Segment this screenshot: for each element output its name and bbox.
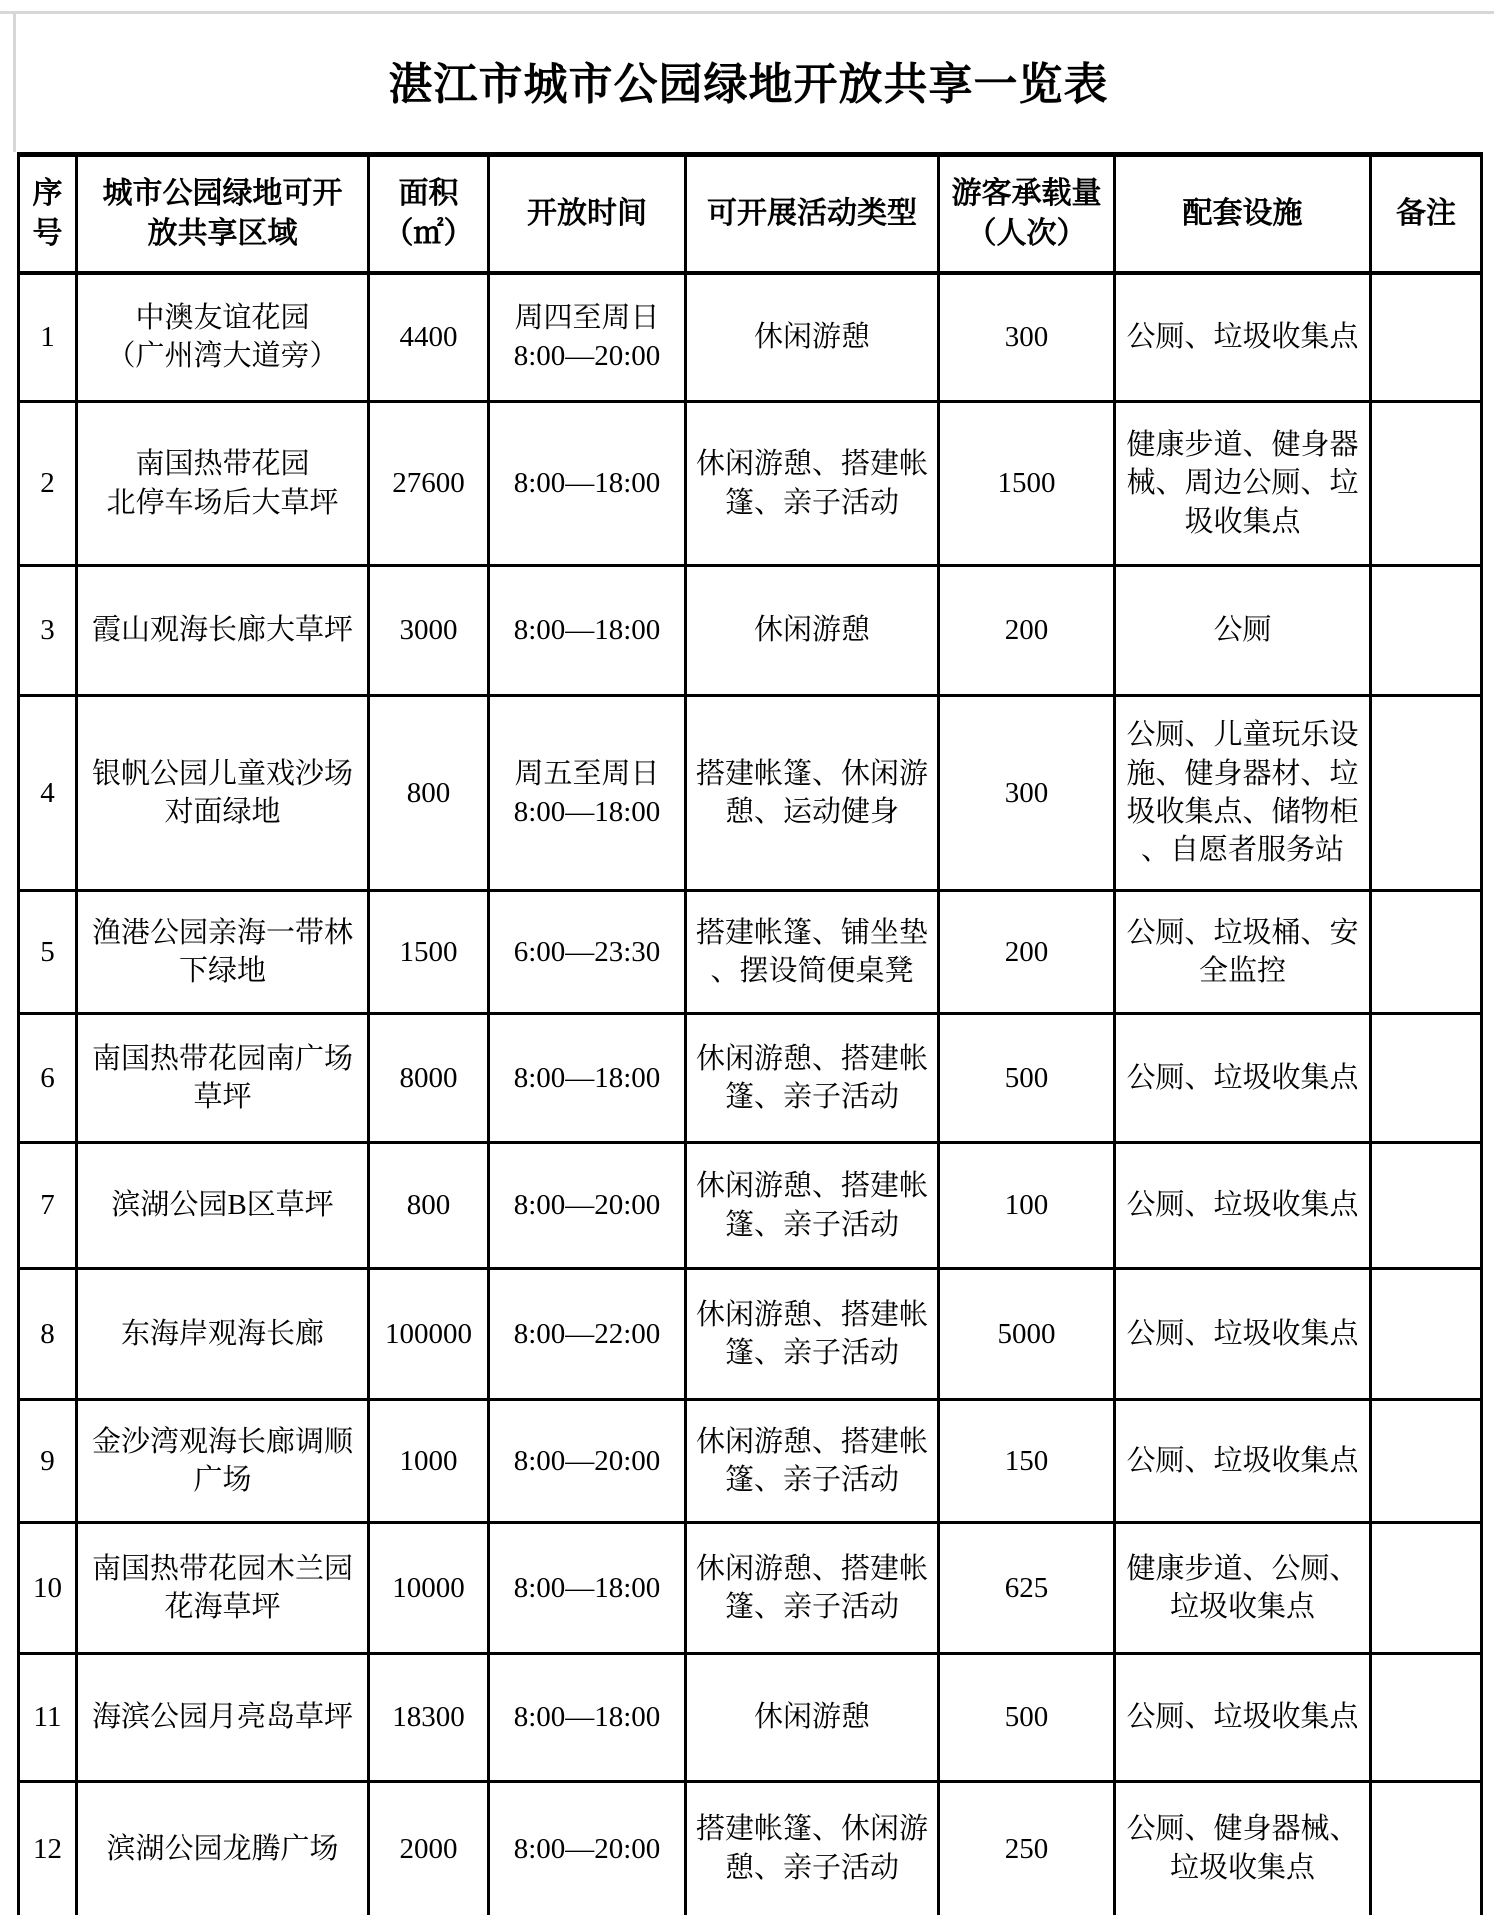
cell-area-name: 滨湖公园龙腾广场 — [77, 1782, 369, 1915]
cell-no: 9 — [19, 1400, 77, 1523]
cell-hours: 8:00—20:00 — [489, 1400, 686, 1523]
table-row: 11海滨公园月亮岛草坪183008:00—18:00休闲游憩500公厕、垃圾收集… — [19, 1654, 1482, 1782]
cell-capacity: 300 — [939, 696, 1115, 891]
cell-hours: 8:00—20:00 — [489, 1143, 686, 1269]
cell-activities: 休闲游憩、搭建帐 篷、亲子活动 — [686, 1143, 939, 1269]
cell-activities: 搭建帐篷、铺坐垫 、摆设简便桌凳 — [686, 891, 939, 1014]
cell-facilities: 公厕、垃圾收集点 — [1115, 1269, 1371, 1400]
cell-capacity: 250 — [939, 1782, 1115, 1915]
cell-note — [1371, 891, 1482, 1014]
table-row: 9金沙湾观海长廊调顺 广场10008:00—20:00休闲游憩、搭建帐 篷、亲子… — [19, 1400, 1482, 1523]
cell-capacity: 300 — [939, 273, 1115, 402]
cell-hours: 8:00—18:00 — [489, 402, 686, 566]
cell-hours: 8:00—20:00 — [489, 1782, 686, 1915]
header-cell-note: 备注 — [1371, 155, 1482, 273]
parks-open-sharing-table: 序 号城市公园绿地可开 放共享区域面积 （㎡）开放时间可开展活动类型游客承载量 … — [17, 152, 1483, 1915]
cell-no: 5 — [19, 891, 77, 1014]
cell-no: 10 — [19, 1523, 77, 1654]
cell-note — [1371, 1654, 1482, 1782]
table-row: 12滨湖公园龙腾广场20008:00—20:00搭建帐篷、休闲游 憩、亲子活动2… — [19, 1782, 1482, 1915]
cell-activities: 休闲游憩、搭建帐 篷、亲子活动 — [686, 402, 939, 566]
header-cell-capacity: 游客承载量 （人次） — [939, 155, 1115, 273]
cell-note — [1371, 1782, 1482, 1915]
header-cell-facilities: 配套设施 — [1115, 155, 1371, 273]
cell-capacity: 5000 — [939, 1269, 1115, 1400]
cell-activities: 休闲游憩、搭建帐 篷、亲子活动 — [686, 1523, 939, 1654]
header-cell-hours: 开放时间 — [489, 155, 686, 273]
cell-note — [1371, 1400, 1482, 1523]
cell-facilities: 公厕、健身器械、 垃圾收集点 — [1115, 1782, 1371, 1915]
cell-hours: 8:00—18:00 — [489, 1014, 686, 1143]
cell-no: 3 — [19, 566, 77, 696]
cell-facilities: 公厕、儿童玩乐设 施、健身器材、垃 圾收集点、储物柜 、自愿者服务站 — [1115, 696, 1371, 891]
table-row: 2南国热带花园 北停车场后大草坪276008:00—18:00休闲游憩、搭建帐 … — [19, 402, 1482, 566]
cell-capacity: 1500 — [939, 402, 1115, 566]
cell-hours: 8:00—22:00 — [489, 1269, 686, 1400]
cell-area: 1500 — [369, 891, 489, 1014]
cell-area-name: 中澳友谊花园 （广州湾大道旁） — [77, 273, 369, 402]
cell-activities: 休闲游憩 — [686, 566, 939, 696]
cell-facilities: 公厕、垃圾收集点 — [1115, 1654, 1371, 1782]
cell-area: 100000 — [369, 1269, 489, 1400]
cell-area-name: 南国热带花园木兰园 花海草坪 — [77, 1523, 369, 1654]
cell-area: 10000 — [369, 1523, 489, 1654]
cell-area-name: 南国热带花园南广场 草坪 — [77, 1014, 369, 1143]
cell-area-name: 金沙湾观海长廊调顺 广场 — [77, 1400, 369, 1523]
cell-facilities: 健康步道、公厕、 垃圾收集点 — [1115, 1523, 1371, 1654]
cell-facilities: 公厕、垃圾收集点 — [1115, 1143, 1371, 1269]
cell-no: 4 — [19, 696, 77, 891]
cell-facilities: 公厕、垃圾收集点 — [1115, 1400, 1371, 1523]
cell-area: 4400 — [369, 273, 489, 402]
cell-capacity: 500 — [939, 1014, 1115, 1143]
cell-note — [1371, 566, 1482, 696]
cell-facilities: 公厕、垃圾桶、安 全监控 — [1115, 891, 1371, 1014]
cell-area-name: 东海岸观海长廊 — [77, 1269, 369, 1400]
page-edge-left-line — [13, 11, 16, 152]
cell-note — [1371, 1523, 1482, 1654]
table-row: 5渔港公园亲海一带林 下绿地15006:00—23:30搭建帐篷、铺坐垫 、摆设… — [19, 891, 1482, 1014]
table-row: 1中澳友谊花园 （广州湾大道旁）4400周四至周日 8:00—20:00休闲游憩… — [19, 273, 1482, 402]
cell-no: 2 — [19, 402, 77, 566]
cell-capacity: 625 — [939, 1523, 1115, 1654]
cell-activities: 休闲游憩、搭建帐 篷、亲子活动 — [686, 1400, 939, 1523]
cell-capacity: 200 — [939, 891, 1115, 1014]
cell-hours: 8:00—18:00 — [489, 1654, 686, 1782]
cell-area-name: 南国热带花园 北停车场后大草坪 — [77, 402, 369, 566]
cell-note — [1371, 1143, 1482, 1269]
cell-activities: 休闲游憩、搭建帐 篷、亲子活动 — [686, 1269, 939, 1400]
cell-note — [1371, 402, 1482, 566]
table-body: 序 号城市公园绿地可开 放共享区域面积 （㎡）开放时间可开展活动类型游客承载量 … — [19, 155, 1482, 1915]
page-title: 湛江市城市公园绿地开放共享一览表 — [17, 48, 1480, 112]
cell-area: 1000 — [369, 1400, 489, 1523]
cell-facilities: 公厕、垃圾收集点 — [1115, 273, 1371, 402]
cell-area: 3000 — [369, 566, 489, 696]
cell-activities: 搭建帐篷、休闲游 憩、运动健身 — [686, 696, 939, 891]
cell-area-name: 霞山观海长廊大草坪 — [77, 566, 369, 696]
cell-note — [1371, 1269, 1482, 1400]
cell-area-name: 海滨公园月亮岛草坪 — [77, 1654, 369, 1782]
cell-area-name: 滨湖公园B区草坪 — [77, 1143, 369, 1269]
cell-area: 800 — [369, 1143, 489, 1269]
header-cell-no: 序 号 — [19, 155, 77, 273]
table-row: 6南国热带花园南广场 草坪80008:00—18:00休闲游憩、搭建帐 篷、亲子… — [19, 1014, 1482, 1143]
cell-area: 27600 — [369, 402, 489, 566]
cell-hours: 6:00—23:30 — [489, 891, 686, 1014]
table-header-row: 序 号城市公园绿地可开 放共享区域面积 （㎡）开放时间可开展活动类型游客承载量 … — [19, 155, 1482, 273]
cell-no: 12 — [19, 1782, 77, 1915]
cell-capacity: 200 — [939, 566, 1115, 696]
table-row: 8东海岸观海长廊1000008:00—22:00休闲游憩、搭建帐 篷、亲子活动5… — [19, 1269, 1482, 1400]
cell-facilities: 公厕 — [1115, 566, 1371, 696]
cell-facilities: 健康步道、健身器 械、周边公厕、垃 圾收集点 — [1115, 402, 1371, 566]
page-edge-top-line — [0, 11, 1494, 14]
cell-hours: 周四至周日 8:00—20:00 — [489, 273, 686, 402]
cell-no: 6 — [19, 1014, 77, 1143]
header-cell-activities: 可开展活动类型 — [686, 155, 939, 273]
cell-hours: 8:00—18:00 — [489, 1523, 686, 1654]
cell-activities: 休闲游憩 — [686, 1654, 939, 1782]
cell-capacity: 500 — [939, 1654, 1115, 1782]
cell-note — [1371, 273, 1482, 402]
cell-area: 2000 — [369, 1782, 489, 1915]
cell-area-name: 银帆公园儿童戏沙场 对面绿地 — [77, 696, 369, 891]
cell-hours: 周五至周日 8:00—18:00 — [489, 696, 686, 891]
cell-no: 1 — [19, 273, 77, 402]
cell-note — [1371, 696, 1482, 891]
cell-area: 800 — [369, 696, 489, 891]
table-row: 10南国热带花园木兰园 花海草坪100008:00—18:00休闲游憩、搭建帐 … — [19, 1523, 1482, 1654]
cell-hours: 8:00—18:00 — [489, 566, 686, 696]
cell-no: 8 — [19, 1269, 77, 1400]
cell-capacity: 100 — [939, 1143, 1115, 1269]
cell-facilities: 公厕、垃圾收集点 — [1115, 1014, 1371, 1143]
table-row: 7滨湖公园B区草坪8008:00—20:00休闲游憩、搭建帐 篷、亲子活动100… — [19, 1143, 1482, 1269]
cell-capacity: 150 — [939, 1400, 1115, 1523]
cell-no: 7 — [19, 1143, 77, 1269]
table-row: 4银帆公园儿童戏沙场 对面绿地800周五至周日 8:00—18:00搭建帐篷、休… — [19, 696, 1482, 891]
cell-no: 11 — [19, 1654, 77, 1782]
cell-area: 8000 — [369, 1014, 489, 1143]
cell-activities: 搭建帐篷、休闲游 憩、亲子活动 — [686, 1782, 939, 1915]
cell-note — [1371, 1014, 1482, 1143]
cell-area-name: 渔港公园亲海一带林 下绿地 — [77, 891, 369, 1014]
cell-activities: 休闲游憩、搭建帐 篷、亲子活动 — [686, 1014, 939, 1143]
cell-activities: 休闲游憩 — [686, 273, 939, 402]
table-row: 3霞山观海长廊大草坪30008:00—18:00休闲游憩200公厕 — [19, 566, 1482, 696]
cell-area: 18300 — [369, 1654, 489, 1782]
header-cell-area: 面积 （㎡） — [369, 155, 489, 273]
header-cell-area-name: 城市公园绿地可开 放共享区域 — [77, 155, 369, 273]
